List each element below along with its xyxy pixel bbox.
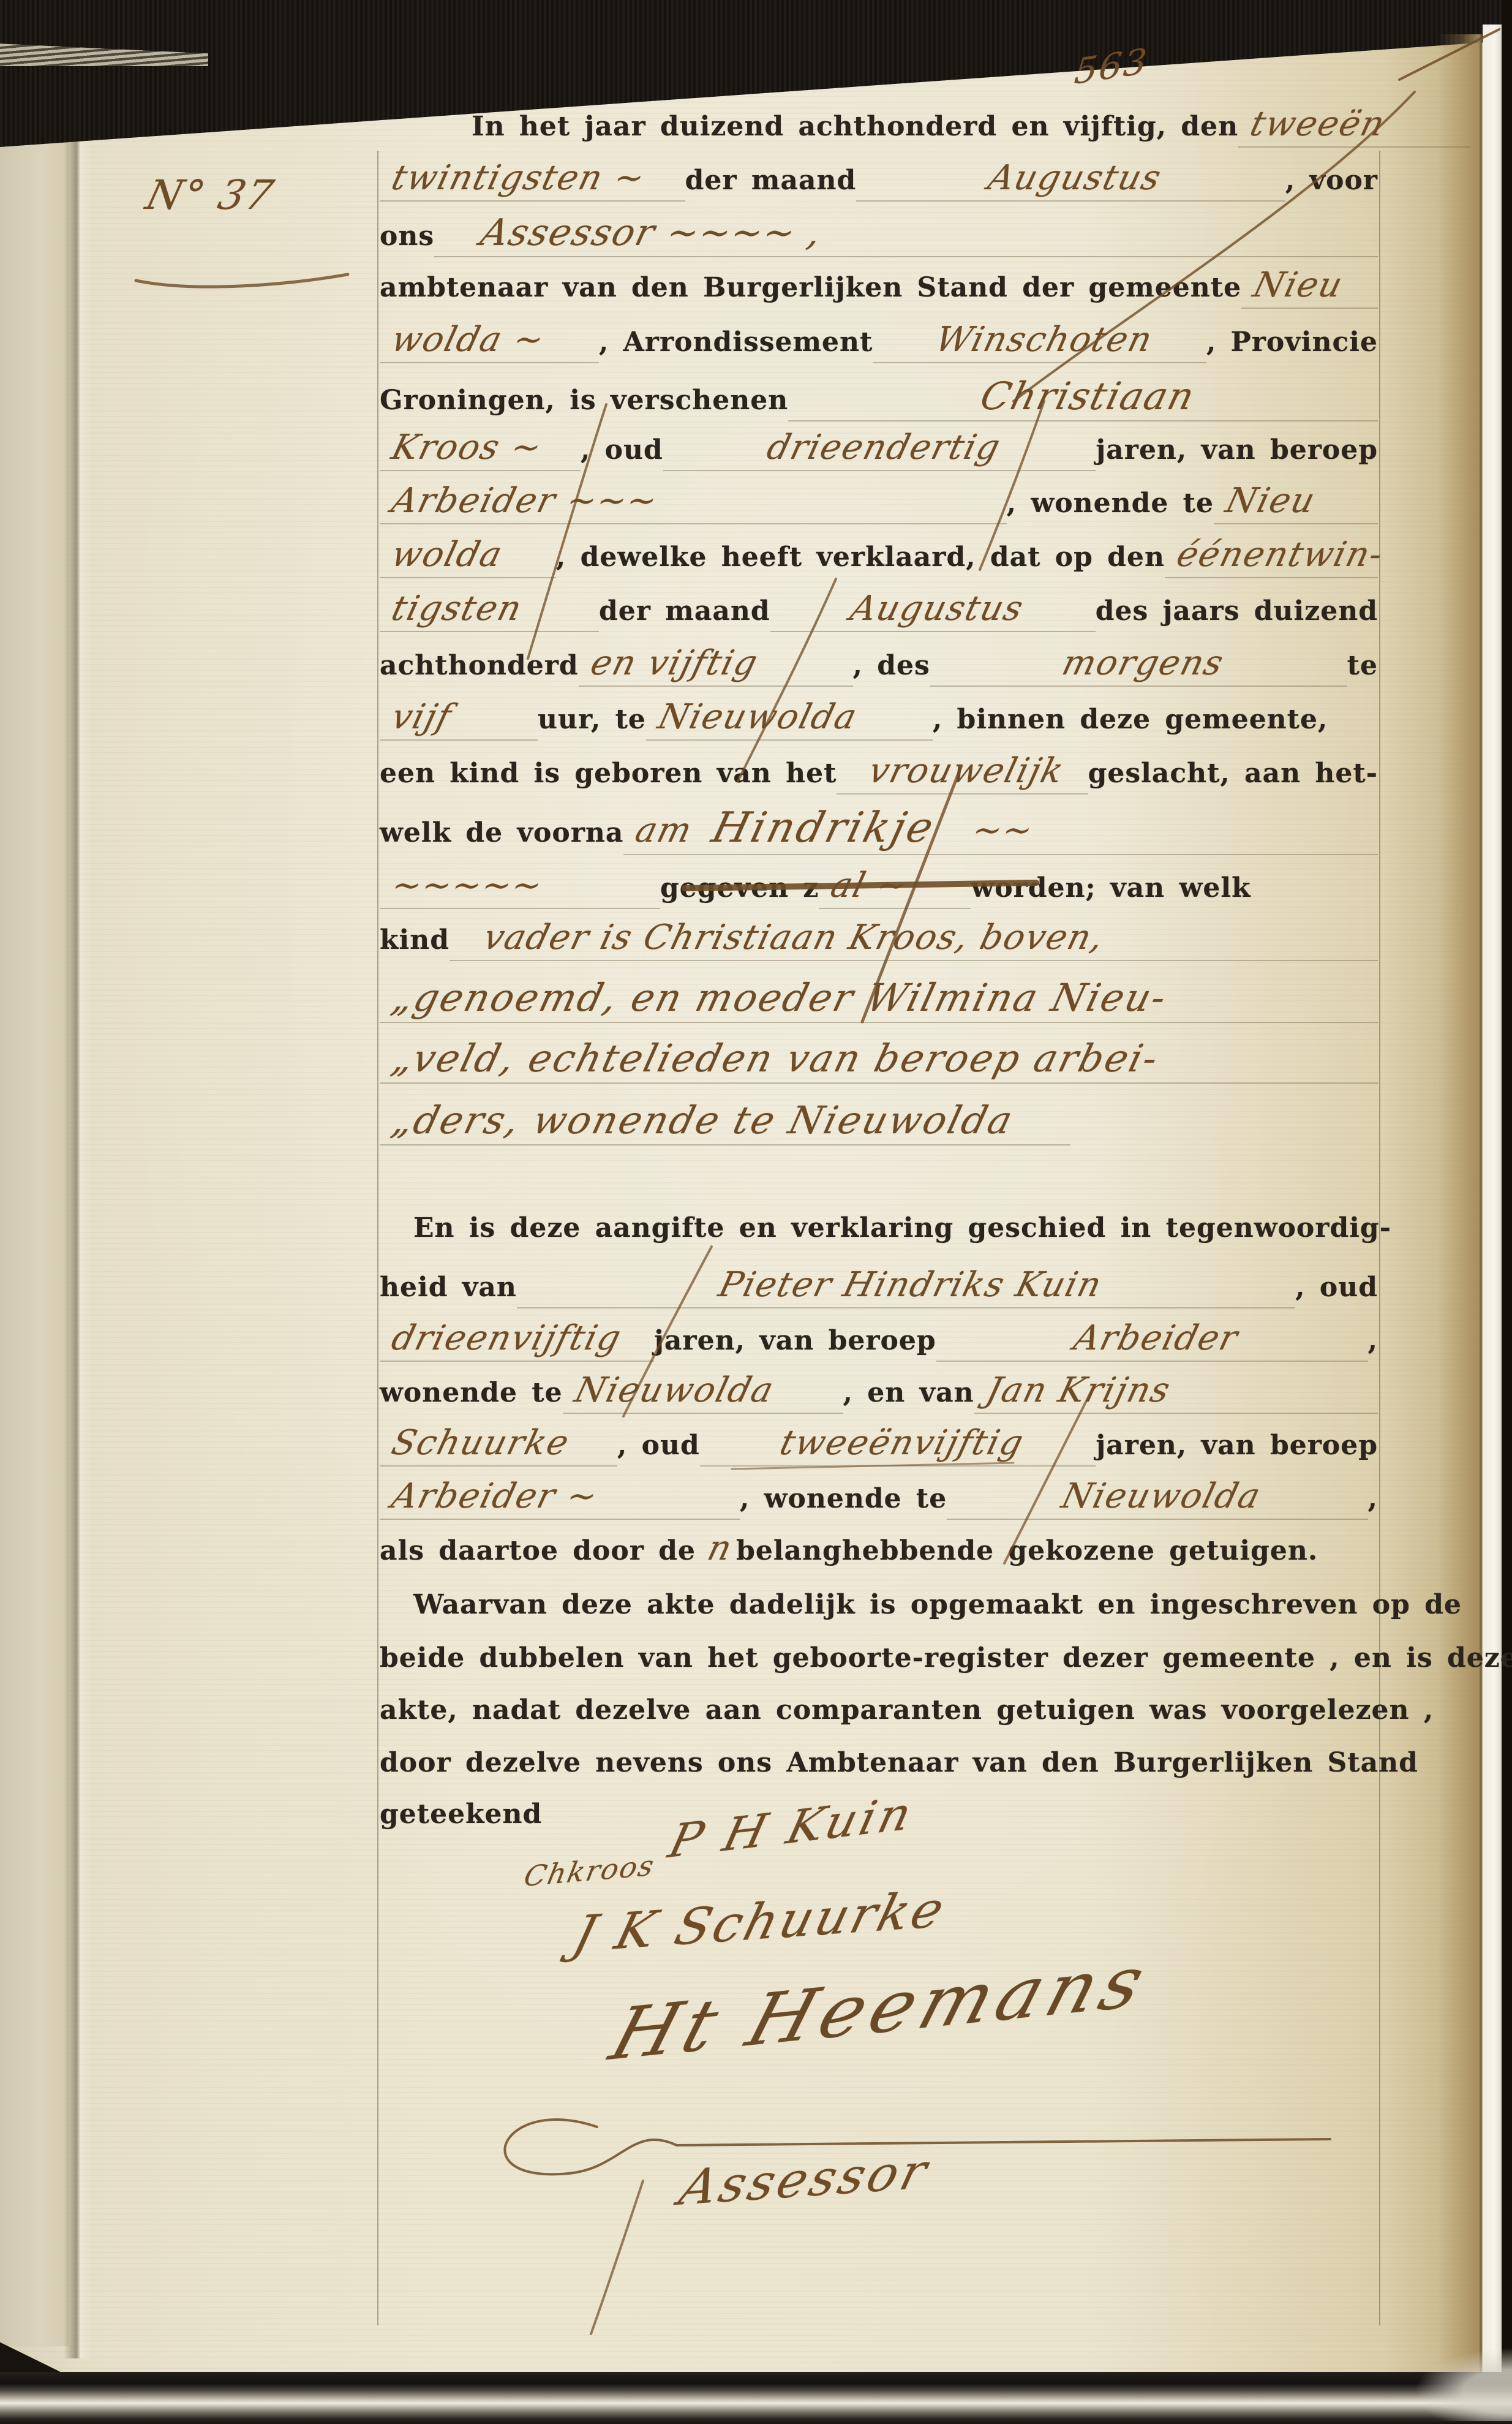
handwritten-text: Arbeider (1070, 1321, 1242, 1356)
cover-right-edge (1502, 0, 1512, 2424)
handwritten-text: Arbeider ~ (388, 1479, 602, 1514)
form-line: twintigsten ~ der maand Augustus , voor (380, 161, 1378, 202)
form-line: Waarvan deze akte dadelijk is opgemaakt … (380, 1591, 1412, 1618)
printed-text: wonende te (380, 1380, 563, 1406)
printed-text: belanghebbende gekozene getuigen. (736, 1538, 1318, 1565)
fill-in-blank: Nieuwolda (563, 1373, 843, 1414)
fill-in-blank: Pieter Hindriks Kuin (517, 1268, 1295, 1308)
fill-in-blank: wolda ~ (380, 323, 599, 363)
printed-text: jaren, van beroep (654, 1327, 936, 1354)
fill-in-blank: drieendertig (663, 431, 1096, 471)
form-line: akte, nadat dezelve aan comparant en get… (380, 1697, 1378, 1724)
act-number-margin-note: N° 37 (142, 175, 278, 216)
fill-in-blank: tweeën (1238, 107, 1470, 148)
fill-in-blank: Nieu (1241, 268, 1378, 309)
form-line: „veld, echtelieden van beroep arbei- (380, 1040, 1378, 1084)
handwritten-flourish: ~~~~~ (388, 869, 547, 903)
form-line: heid van Pieter Hindriks Kuin , oud (380, 1268, 1378, 1308)
browned-page-edge (1438, 34, 1481, 2385)
form-line: door dezelve nevens ons Ambtenaar van de… (380, 1750, 1378, 1776)
fill-in-blank: tweeënvijftig (700, 1426, 1096, 1467)
printed-text: als daartoe door de (380, 1538, 696, 1565)
fill-in-blank: twintigsten ~ (380, 161, 685, 202)
handwritten-text: Nieu (1250, 268, 1347, 303)
printed-text: , Provincie (1206, 329, 1378, 356)
fill-in-blank: en vijftig (579, 646, 853, 687)
handwritten-text: „genoemd, en moeder Wilmina Nieu- (388, 979, 1172, 1017)
printed-text: , wonende te (740, 1486, 947, 1512)
form-line: achthonderd en vijftig , des morgens te (380, 646, 1378, 687)
handwritten-text: Augustus (985, 161, 1165, 195)
printed-text: En is deze aangifte en verklaring geschi… (413, 1215, 1391, 1242)
handwritten-text: vader is Christiaan Kroos, boven, (480, 921, 1108, 955)
printed-text: jaren, van beroep (1096, 437, 1378, 464)
form-line: wolda , dewelke heeft verklaard, dat op … (380, 538, 1378, 578)
form-line: Kroos ~ , oud drieendertig jaren, van be… (380, 431, 1378, 471)
form-line: In het jaar duizend achthonderd en vijft… (380, 107, 1470, 148)
fill-in-blank: vrouwelijk (837, 754, 1088, 795)
handwritten-flourish: ~~ (969, 814, 1037, 848)
handwritten-text: vijf (388, 700, 456, 734)
handwritten-text: Nieuwolda (1058, 1479, 1265, 1514)
form-line: ~~~~~ gegeven z al ~ worden; van welk (380, 869, 1378, 909)
handwritten-text: wolda ~ (388, 323, 548, 357)
form-line: vijf uur, te Nieuwolda , binnen deze gem… (380, 700, 1378, 741)
form-line: drieenvijftig jaren, van beroep Arbeider… (380, 1321, 1378, 1362)
handwritten-text: wolda (388, 538, 506, 572)
next-page-edge (1483, 25, 1503, 2395)
handwritten-text: en vijftig (587, 646, 762, 681)
fill-in-blank: al ~ (819, 869, 971, 909)
fill-in-blank: Arbeider ~ (380, 1479, 740, 1520)
scanner-bed-reflection (0, 2372, 1512, 2424)
printed-text: en getuigen was voorgelezen , (944, 1697, 1434, 1724)
form-line: beide dubbelen van het geboorte-register… (380, 1645, 1378, 1672)
printed-text: heid van (380, 1274, 517, 1301)
witness-name: Schuurke (388, 1426, 573, 1460)
fill-in-blank: ~~~~~ (380, 869, 660, 909)
printed-text: , des (853, 652, 930, 679)
printed-text: jaren, van beroep (1096, 1432, 1378, 1459)
printed-text: , dewelke heeft verklaard, dat op den (556, 544, 1165, 571)
form-line: tigsten der maand Augustus des jaars dui… (380, 592, 1378, 632)
handwritten-text: al ~ (827, 869, 912, 903)
printed-text: der maand (599, 598, 770, 625)
fill-in-blank: Nieuwolda (646, 700, 933, 741)
fill-in-blank: „veld, echtelieden van beroep arbei- (380, 1040, 1378, 1084)
witness-name: Jan Krijns (983, 1373, 1174, 1408)
handwritten-text: n (704, 1531, 736, 1566)
printed-text: akte, nadat dezelve aan comparant (380, 1697, 944, 1724)
printed-text: , oud (617, 1432, 700, 1459)
fill-in-blank: Christiaan (788, 377, 1378, 421)
fill-in-blank: vader is Christiaan Kroos, boven, (449, 921, 1378, 961)
fill-in-blank: morgens (930, 646, 1347, 687)
form-line: Groningen, is verschenen Christiaan (380, 377, 1378, 421)
fill-in-blank: Augustus (856, 161, 1285, 202)
fill-in-blank: Kroos ~ (380, 431, 581, 471)
printed-text: beide dubbelen van het geboorte-register… (380, 1645, 1512, 1672)
form-line-child-name: welk de voorna am Hindrikje ~~ (380, 807, 1378, 855)
handwritten-text: tigsten (388, 592, 526, 626)
handwritten-text: Augustus (847, 592, 1027, 626)
form-line: kind vader is Christiaan Kroos, boven, (380, 921, 1378, 961)
binding-fold (64, 55, 91, 2358)
printed-text: door dezelve nevens ons Ambtenaar van de… (380, 1750, 1418, 1776)
fill-in-blank: wolda (380, 538, 556, 578)
child-name: Hindrikje (708, 807, 939, 849)
printed-text: In het jaar duizend achthonderd en vijft… (472, 113, 1238, 140)
handwritten-text: Nieu (1222, 484, 1319, 518)
printed-text: achthonderd (380, 652, 579, 679)
printed-text: welk de voorna (380, 820, 623, 847)
handwritten-text: „ders, wonende te Nieuwolda (388, 1101, 1018, 1139)
fill-in-blank: Winschoten (873, 323, 1206, 363)
form-line: ons Assessor ~~~~ , (380, 214, 1378, 257)
handwritten-text: tweeënvijftig (777, 1426, 1028, 1460)
fill-in-blank: Nieuwolda (947, 1479, 1367, 1520)
handwritten-text: éénentwin- (1173, 538, 1387, 572)
fill-in-blank: éénentwin- (1165, 538, 1378, 578)
printed-text: , (1368, 1327, 1378, 1354)
handwritten-text: Nieuwolda (571, 1373, 778, 1408)
printed-text: , voor (1285, 167, 1378, 194)
handwritten-text: „veld, echtelieden van beroep arbei- (388, 1040, 1163, 1078)
printed-text: ambtenaar van den Burgerlijken Stand der… (380, 274, 1241, 301)
form-line: Arbeider ~~~ , wonende te Nieu (380, 484, 1378, 524)
form-line: En is deze aangifte en verklaring geschi… (380, 1215, 1412, 1242)
handwritten-text: Assessor ~~~~ , (477, 214, 826, 251)
witness-name: Pieter Hindriks Kuin (715, 1268, 1105, 1302)
printed-text: Groningen, is verschenen (380, 387, 788, 414)
handwritten-text: vrouwelijk (865, 754, 1067, 788)
form-line: „genoemd, en moeder Wilmina Nieu- (380, 979, 1378, 1023)
handwritten-text: Nieuwolda (655, 700, 861, 734)
page-edge-line (1480, 34, 1482, 2385)
printed-text: geslacht, aan het- (1088, 760, 1378, 787)
handwritten-text: Arbeider ~~~ (388, 484, 661, 518)
printed-text: gegeven z (660, 875, 819, 902)
fill-in-blank: Nieu (1214, 484, 1378, 524)
printed-text: , en van (843, 1380, 974, 1406)
printed-text: , binnen deze gemeente, (933, 706, 1328, 733)
form-line: een kind is geboren van het vrouwelijk g… (380, 754, 1378, 795)
page-number: 563 (1073, 43, 1149, 89)
handwritten-text: am (632, 814, 696, 848)
form-line: Arbeider ~ , wonende te Nieuwolda , (380, 1479, 1378, 1520)
form-line: wolda ~ , Arrondissement Winschoten , Pr… (380, 323, 1378, 363)
fill-in-blank: am Hindrikje ~~ (623, 807, 1378, 855)
fill-in-blank: Schuurke (380, 1426, 617, 1467)
printed-text: kind (380, 927, 449, 954)
fill-in-blank: Arbeider (936, 1321, 1368, 1362)
printed-text: , oud (581, 437, 663, 464)
facing-page-edge (0, 55, 69, 2346)
printed-text: uur, te (538, 706, 646, 733)
handwritten-text: Kroos ~ (388, 431, 546, 465)
form-line: wonende te Nieuwolda , en van Jan Krijns (380, 1373, 1378, 1414)
handwritten-text: Christiaan (977, 377, 1199, 415)
handwritten-text: twintigsten ~ (388, 161, 649, 195)
form-line: ambtenaar van den Burgerlijken Stand der… (380, 268, 1378, 309)
scanned-register-page: 563 N° 37 In het jaar duizend achthonder… (0, 0, 1512, 2424)
form-line: „ders, wonende te Nieuwolda (380, 1101, 1378, 1146)
form-line: Schuurke , oud tweeënvijftig jaren, van … (380, 1426, 1378, 1467)
handwritten-text: tweeën (1247, 107, 1389, 142)
printed-text: der maand (685, 167, 857, 194)
fill-in-blank: tigsten (380, 592, 599, 632)
fill-in-blank: Jan Krijns (974, 1373, 1378, 1414)
handwritten-text: drieenvijftig (388, 1321, 625, 1356)
printed-text: des jaars duizend (1096, 598, 1378, 625)
printed-text: , (1368, 1486, 1378, 1512)
printed-text: worden; van welk (971, 875, 1251, 902)
printed-text: geteekend (380, 1801, 542, 1828)
printed-text: , oud (1295, 1274, 1378, 1301)
printed-text: te (1347, 652, 1378, 679)
fill-in-blank: Arbeider ~~~ (380, 484, 1007, 524)
printed-text: , Arrondissement (599, 329, 873, 356)
fill-in-blank: „ders, wonende te Nieuwolda (380, 1101, 1070, 1146)
left-margin-rule (377, 151, 378, 2325)
fill-in-blank: Assessor ~~~~ , (434, 214, 1378, 257)
fill-in-blank: Augustus (770, 592, 1096, 632)
fill-in-blank: drieenvijftig (380, 1321, 654, 1362)
printed-text: Waarvan deze akte dadelijk is opgemaakt … (413, 1591, 1462, 1618)
fill-in-blank: vijf (380, 700, 538, 741)
handwritten-text: Winschoten (932, 323, 1156, 357)
handwritten-text: drieendertig (764, 431, 1004, 465)
printed-text: een kind is geboren van het (380, 760, 837, 787)
handwritten-text: morgens (1059, 646, 1227, 681)
form-line: als daartoe door de n belanghebbende gek… (380, 1531, 1378, 1566)
fill-in-blank: „genoemd, en moeder Wilmina Nieu- (380, 979, 1378, 1023)
printed-text: ons (380, 223, 434, 250)
printed-text: , wonende te (1007, 490, 1214, 517)
